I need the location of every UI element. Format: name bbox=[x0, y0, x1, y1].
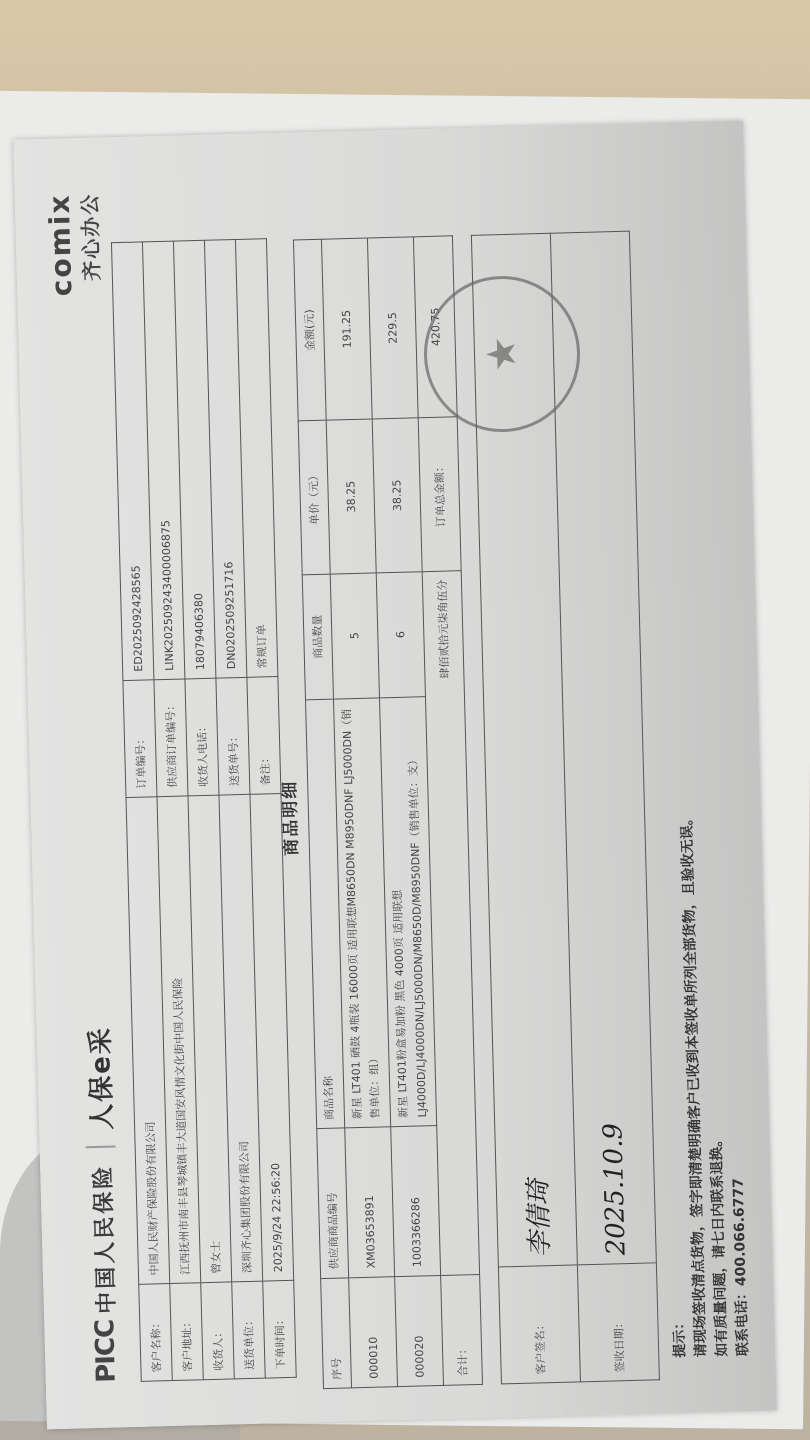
tips-section: 提示： 请现场签收清点货物，签字即清楚明确客户已收到本签收单所列全部货物，且验收… bbox=[639, 176, 754, 1358]
picc-logo: PICC bbox=[90, 1319, 122, 1383]
supplier-logo-en: comix bbox=[46, 193, 77, 296]
brand-divider bbox=[86, 1146, 116, 1149]
item-price: 38.25 bbox=[326, 419, 376, 574]
item-code: 1003366286 bbox=[391, 1126, 441, 1277]
seal-star-icon: ★ bbox=[479, 336, 526, 373]
item-qty: 5 bbox=[330, 573, 380, 699]
delivery-unit-label: 送货单位： bbox=[232, 1281, 266, 1379]
item-seq: 000010 bbox=[348, 1276, 397, 1388]
total-label: 合计： bbox=[441, 1274, 483, 1385]
receiver-phone-label: 收货人电话： bbox=[185, 678, 219, 796]
item-amount: 229.5 bbox=[367, 237, 418, 419]
item-amount: 191.25 bbox=[321, 238, 372, 420]
col-qty: 商品数量 bbox=[302, 574, 333, 699]
supplier-order-no-label: 供应商订单编号： bbox=[154, 679, 188, 797]
item-qty: 6 bbox=[376, 572, 426, 698]
col-seq: 序号 bbox=[321, 1277, 352, 1388]
item-seq: 000020 bbox=[395, 1275, 444, 1387]
receiver-label: 收货人： bbox=[201, 1282, 235, 1380]
col-price: 单价（元） bbox=[298, 420, 330, 574]
company-name: 中国人民保险 bbox=[86, 1163, 121, 1314]
platform-name: 人保e采 bbox=[79, 1026, 119, 1131]
customer-address-label: 客户地址： bbox=[170, 1283, 204, 1381]
supplier-logo-cn: 齐心办公 bbox=[74, 192, 106, 295]
order-total-label: 订单总金额： bbox=[419, 417, 462, 572]
supplier-brand: comix 齐心办公 bbox=[46, 192, 106, 296]
delivery-receipt-document: PICC 中国人民保险 人保e采 comix 齐心办公 客户名称： 中国人民财产… bbox=[13, 121, 777, 1430]
delivery-no-label: 送货单号： bbox=[216, 677, 250, 795]
customer-name-label: 客户名称： bbox=[139, 1284, 173, 1382]
col-code: 供应商商品编号 bbox=[317, 1128, 349, 1278]
item-code: XM03653891 bbox=[344, 1127, 394, 1278]
order-no-label: 订单编号： bbox=[123, 680, 157, 798]
customer-sign-label: 客户签名： bbox=[498, 1265, 580, 1384]
receipt-sheet: PICC 中国人民保险 人保e采 comix 齐心办公 客户名称： 中国人民财产… bbox=[39, 146, 751, 1403]
item-price: 38.25 bbox=[372, 418, 422, 573]
sign-date-label: 签收日期： bbox=[577, 1263, 659, 1382]
